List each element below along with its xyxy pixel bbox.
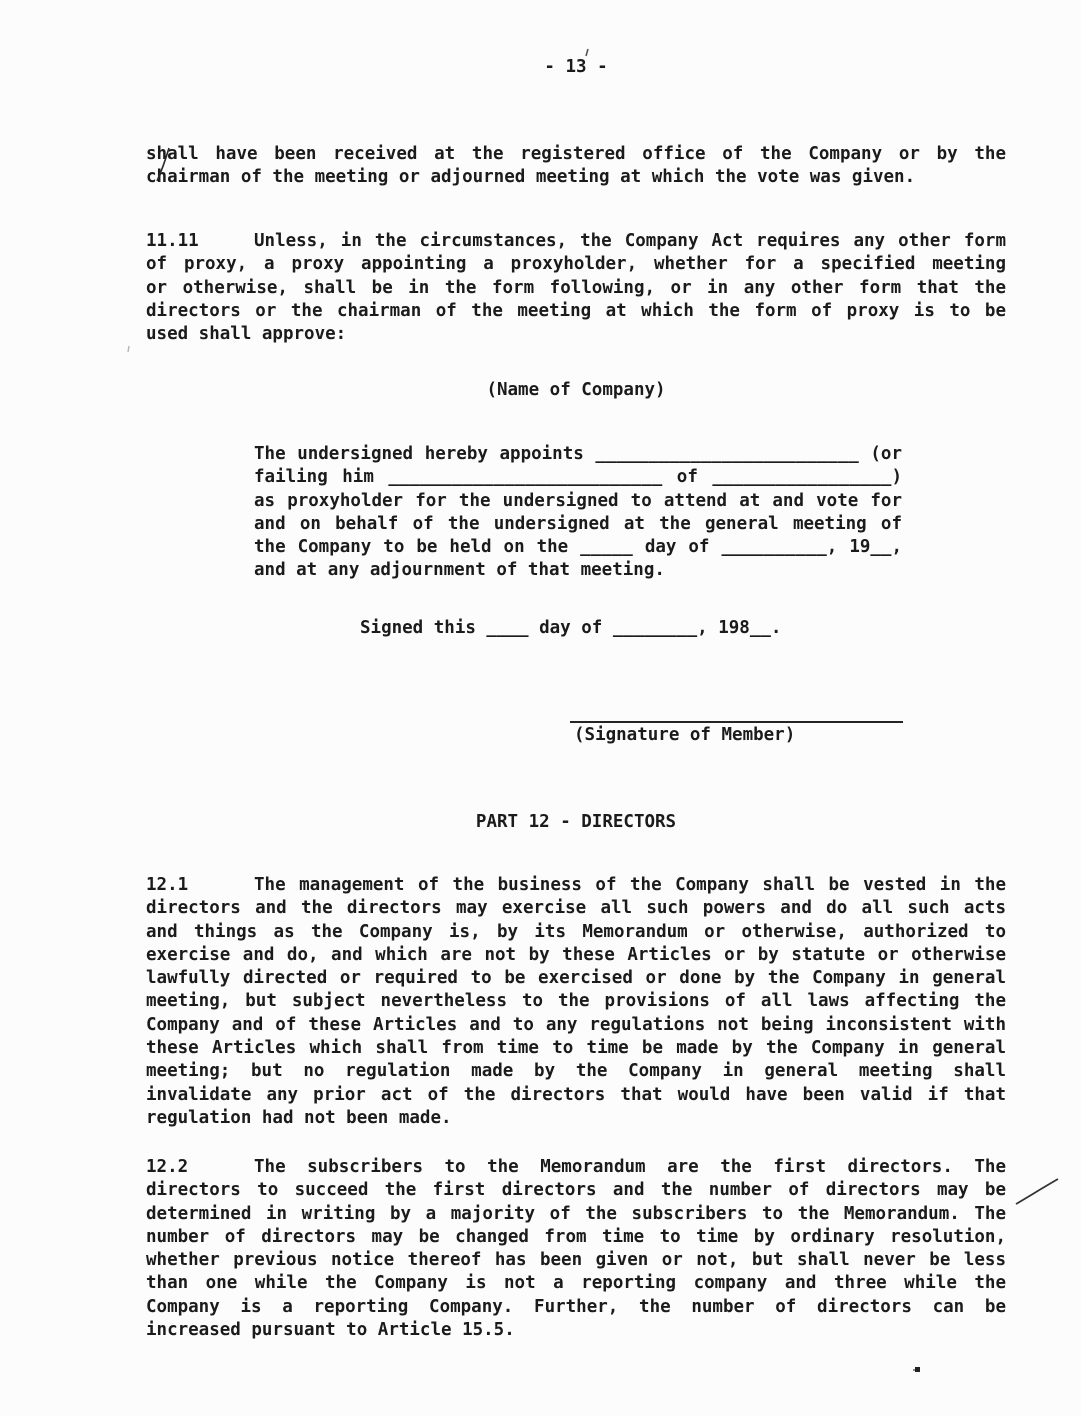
text-line: as proxyholder for the undersigned to at…	[254, 490, 902, 513]
text-line: and at any adjournment of that meeting.	[254, 559, 902, 582]
text-line: determined in writing by a majority of t…	[146, 1203, 1006, 1226]
text-line: directors or the chairman of the meeting…	[146, 300, 1006, 323]
text-line: these Articles which shall from time to …	[146, 1037, 1006, 1060]
section-12-2: 12.2The subscribers to the Memorandum ar…	[146, 1156, 1006, 1342]
text-line: and things as the Company is, by its Mem…	[146, 921, 1006, 944]
part-12-heading: PART 12 - DIRECTORS	[146, 811, 1006, 834]
section-number: 12.1	[146, 874, 254, 897]
text-line: shall have been received at the register…	[146, 143, 1006, 166]
text-line: and on behalf of the undersigned at the …	[254, 513, 902, 536]
text-line: regulation had not been made.	[146, 1107, 1006, 1130]
document-page: - 13 - shall have been received at the r…	[0, 0, 1081, 1416]
section-first-text: The subscribers to the Memorandum are th…	[254, 1157, 1006, 1177]
text-line: increased pursuant to Article 15.5.	[146, 1319, 1006, 1342]
text-line: 11.11Unless, in the circumstances, the C…	[146, 230, 1006, 253]
text-line: used shall approve:	[146, 323, 1006, 346]
text-line: lawfully directed or required to be exer…	[146, 967, 1006, 990]
section-number: 12.2	[146, 1156, 254, 1179]
text-line: directors to succeed the first directors…	[146, 1179, 1006, 1202]
text-line: chairman of the meeting or adjourned mee…	[146, 166, 1006, 189]
section-first-text: The management of the business of the Co…	[254, 875, 1006, 895]
text-line: The undersigned hereby appoints ________…	[254, 443, 902, 466]
section-12-1: 12.1The management of the business of th…	[146, 874, 1006, 1130]
text-line: 12.2The subscribers to the Memorandum ar…	[146, 1156, 1006, 1179]
section-number: 11.11	[146, 230, 254, 253]
stray-dot-mark	[125, 345, 133, 355]
text-line: Company is a reporting Company. Further,…	[146, 1296, 1006, 1319]
text-line: or otherwise, shall be in the form follo…	[146, 277, 1006, 300]
signature-rule	[570, 721, 903, 723]
text-line: whether previous notice thereof has been…	[146, 1249, 1006, 1272]
name-of-company-caption: (Name of Company)	[146, 379, 1006, 402]
page-number: - 13 -	[146, 56, 1006, 79]
text-line: of proxy, a proxy appointing a proxyhold…	[146, 253, 1006, 276]
text-line: failing him __________________________ o…	[254, 466, 902, 489]
text-line: meeting; but no regulation made by the C…	[146, 1060, 1006, 1083]
text-line: than one while the Company is not a repo…	[146, 1272, 1006, 1295]
text-line: Company and of these Articles and to any…	[146, 1014, 1006, 1037]
signature-caption: (Signature of Member)	[574, 724, 795, 747]
text-line: the Company to be held on the _____ day …	[254, 536, 902, 559]
section-first-text: Unless, in the circumstances, the Compan…	[254, 231, 1006, 251]
pen-slash-margin	[1012, 1176, 1062, 1208]
text-line: meeting, but subject nevertheless to the…	[146, 990, 1006, 1013]
signed-this-line: Signed this ____ day of ________, 198__.	[360, 617, 920, 640]
text-line: exercise and do, and which are not by th…	[146, 944, 1006, 967]
text-line: invalidate any prior act of the director…	[146, 1084, 1006, 1107]
proxy-form-block: The undersigned hereby appoints ________…	[254, 443, 902, 583]
text-line: number of directors may be changed from …	[146, 1226, 1006, 1249]
text-line: directors and the directors may exercise…	[146, 897, 1006, 920]
paragraph-intro: shall have been received at the register…	[146, 143, 1006, 190]
ink-speck	[912, 1364, 924, 1376]
text-line: 12.1The management of the business of th…	[146, 874, 1006, 897]
section-11-11: 11.11Unless, in the circumstances, the C…	[146, 230, 1006, 346]
